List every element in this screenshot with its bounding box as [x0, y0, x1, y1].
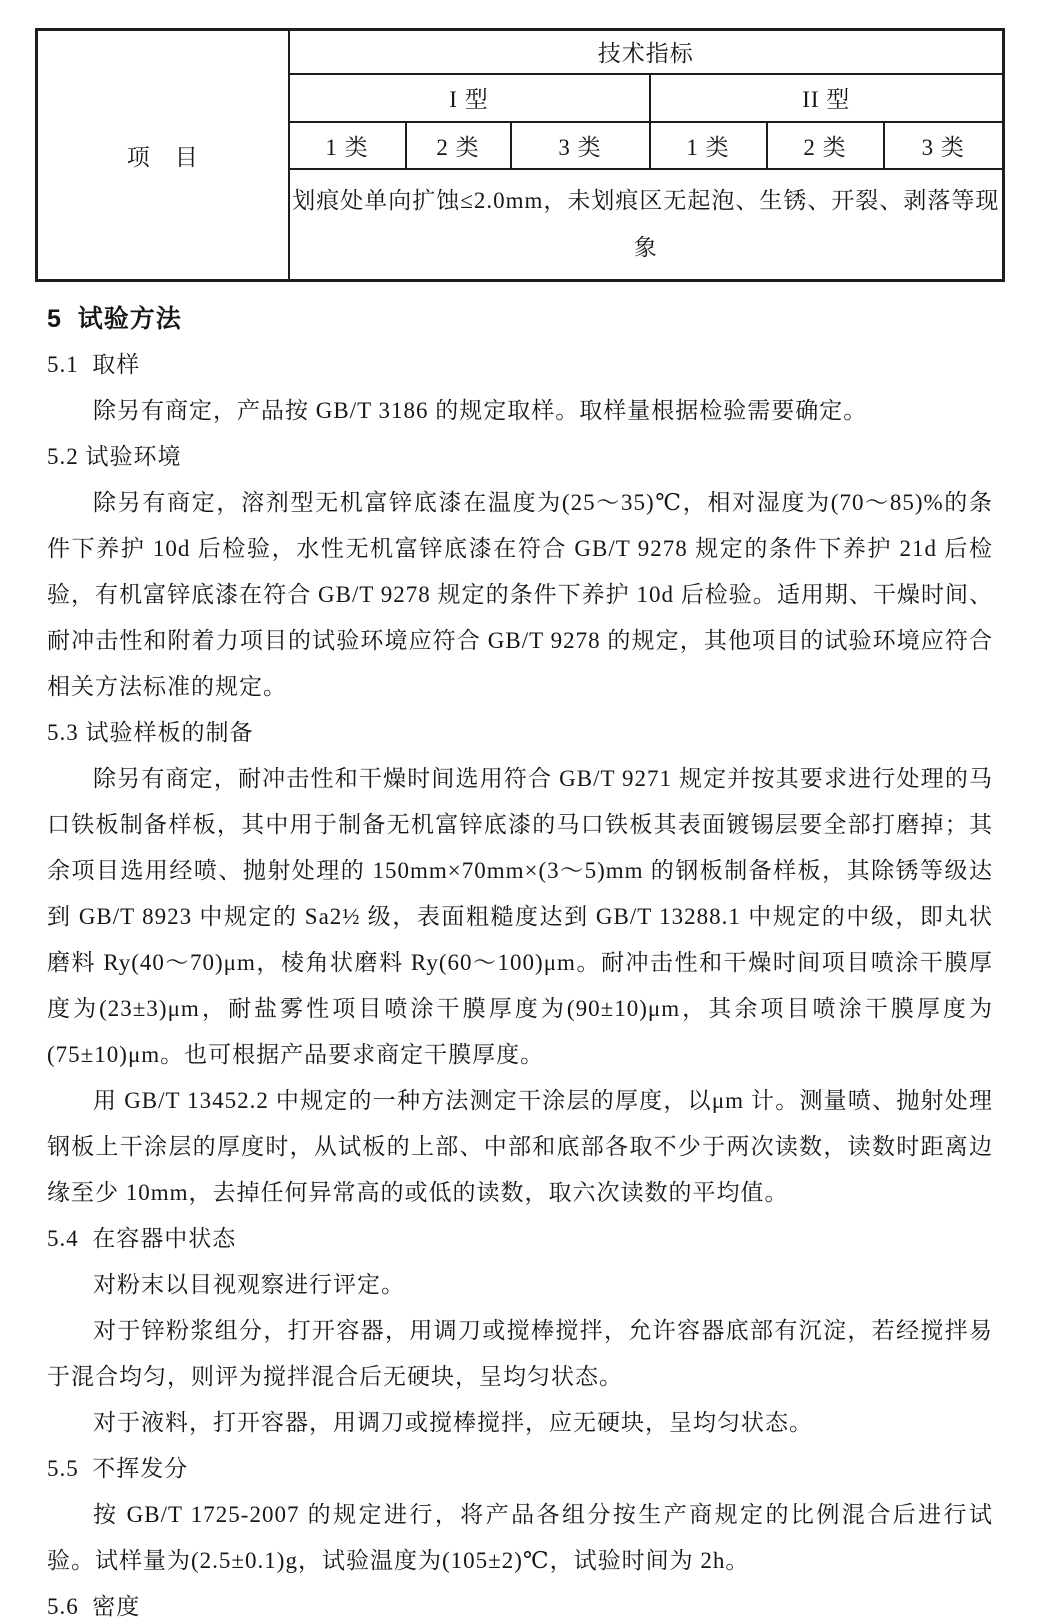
table-cell-class: 3 类: [884, 122, 1004, 169]
paragraph: 按 GB/T 1725-2007 的规定进行，将产品各组分按生产商规定的比例混合…: [47, 1492, 993, 1584]
section-heading: 5 试验方法: [47, 296, 993, 342]
table-cell-class: 2 类: [406, 122, 511, 169]
subsection-heading: 5.2 试验环境: [47, 434, 993, 480]
paragraph: 对粉末以目视观察进行评定。: [47, 1262, 993, 1308]
document-body: 5 试验方法 5.1 取样 除另有商定，产品按 GB/T 3186 的规定取样。…: [47, 296, 993, 1624]
spec-table: 项 目 技术指标 I 型 II 型 1 类 2 类 3 类 1 类 2 类 3 …: [35, 28, 1005, 282]
paragraph: 除另有商定，溶剂型无机富锌底漆在温度为(25～35)℃，相对湿度为(70～85)…: [47, 480, 993, 710]
subsection-heading: 5.6 密度: [47, 1584, 993, 1624]
paragraph: 除另有商定，产品按 GB/T 3186 的规定取样。取样量根据检验需要确定。: [47, 388, 993, 434]
paragraph: 除另有商定，耐冲击性和干燥时间选用符合 GB/T 9271 规定并按其要求进行处…: [47, 756, 993, 1078]
paragraph: 对于液料，打开容器，用调刀或搅棒搅拌，应无硬块，呈均匀状态。: [47, 1400, 993, 1446]
subsection-heading: 5.3 试验样板的制备: [47, 710, 993, 756]
table-cell-class: 3 类: [511, 122, 650, 169]
paragraph: 用 GB/T 13452.2 中规定的一种方法测定干涂层的厚度，以μm 计。测量…: [47, 1078, 993, 1216]
table-cell-result: 划痕处单向扩蚀≤2.0mm，未划痕区无起泡、生锈、开裂、剥落等现象: [289, 169, 1004, 281]
subsection-heading: 5.5 不挥发分: [47, 1446, 993, 1492]
table-cell-class: 1 类: [650, 122, 767, 169]
table-cell-type1: I 型: [289, 74, 650, 122]
paragraph: 对于锌粉浆组分，打开容器，用调刀或搅棒搅拌，允许容器底部有沉淀，若经搅拌易于混合…: [47, 1308, 993, 1400]
table-cell-class: 2 类: [767, 122, 884, 169]
table-cell-class: 1 类: [289, 122, 406, 169]
document-page: 项 目 技术指标 I 型 II 型 1 类 2 类 3 类 1 类 2 类 3 …: [0, 0, 1039, 1624]
table-cell-tech-header: 技术指标: [289, 30, 1004, 74]
table-cell-type2: II 型: [650, 74, 1004, 122]
table-cell-item-header: 项 目: [37, 30, 289, 281]
subsection-heading: 5.4 在容器中状态: [47, 1216, 993, 1262]
subsection-heading: 5.1 取样: [47, 342, 993, 388]
